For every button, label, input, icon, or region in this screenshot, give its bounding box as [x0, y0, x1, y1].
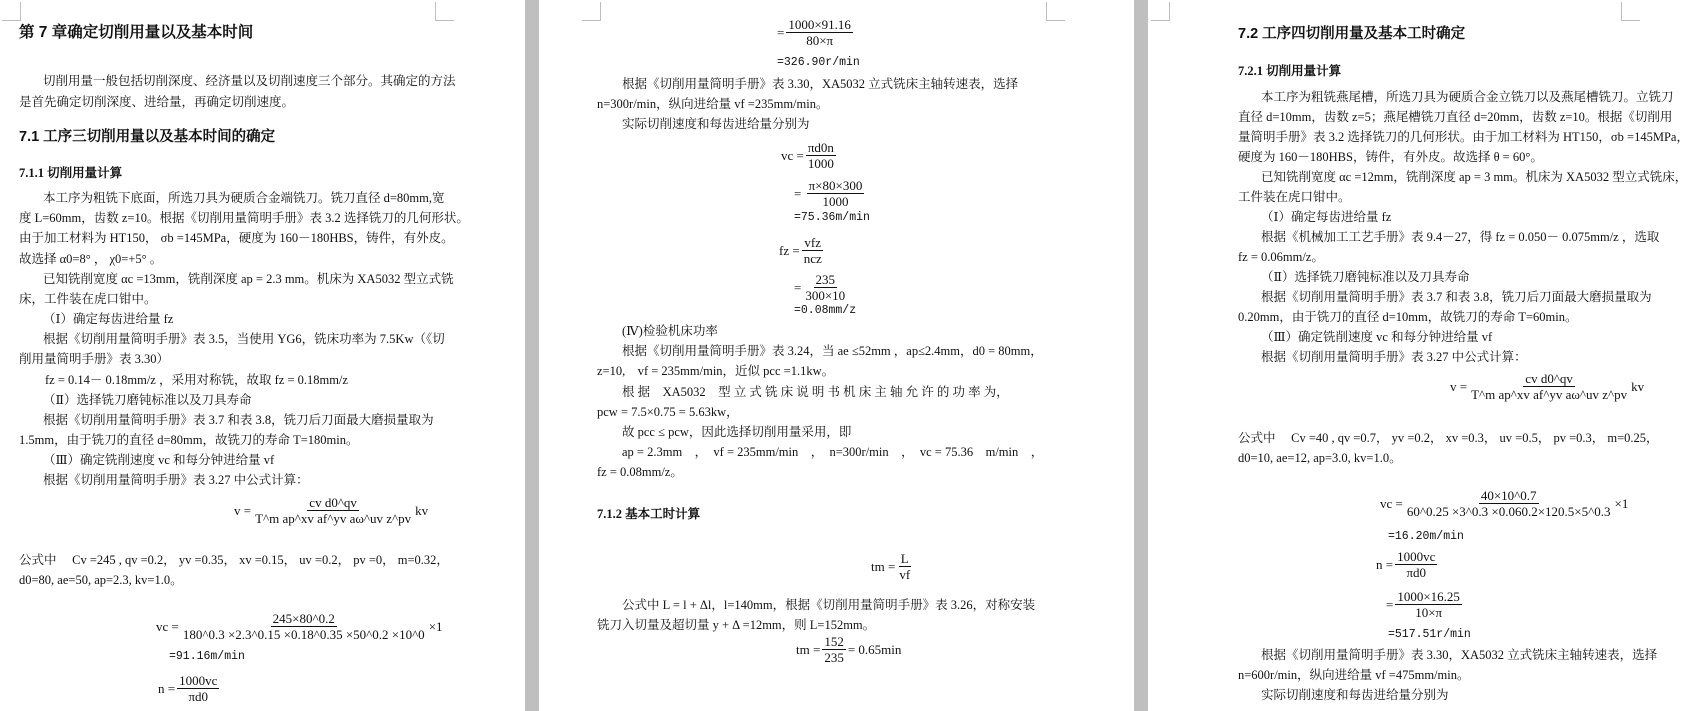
- paragraph-line: pcw = 7.5×0.75 = 5.63kw，: [597, 404, 739, 420]
- paragraph-line: 故 pcc ≤ pcw，因此选择切削用量采用，即: [622, 424, 851, 440]
- section-title: 7.2 工序四切削用量及基本工时确定: [1238, 26, 1465, 42]
- formula-n-substituted: = 1000×16.2510×π: [1386, 589, 1464, 620]
- paragraph-line: z=10, vf = 235mm/min，近似 pcc =1.1kw。: [597, 363, 834, 379]
- paragraph-line: 切削用量一般包括切削深度、经济量以及切削速度三个部分。其确定的方法: [43, 73, 456, 89]
- paragraph-line: 铣刀入切量及超切量 y + Δ =12mm，则 L=152mm。: [597, 617, 875, 633]
- result-n: =326.90r/min: [777, 55, 860, 71]
- page-corner-mark: [435, 2, 454, 21]
- paragraph-line: 根据《切削用量简明手册》表 3.27 中公式计算：: [1261, 349, 1527, 365]
- formula-v: v = cv d0^qvT^m ap^xv af^yv aω^uv z^pv k…: [234, 495, 428, 526]
- step-heading: （Ⅰ）确定每齿进给量 fz: [43, 311, 173, 327]
- step-heading: （Ⅲ）确定铣削速度 vc 和每分钟进给量 vf: [43, 452, 274, 468]
- subsection-title: 7.2.1 切削用量计算: [1238, 63, 1341, 79]
- page-corner-mark: [1621, 2, 1640, 21]
- paragraph-line: 公式中 L = l + Δl，l=140mm，根据《切削用量简明手册》表 3.2…: [622, 597, 1035, 613]
- formula-v: v = cv d0^qvT^m ap^xv af^yv aω^uv z^pv k…: [1450, 371, 1644, 402]
- formula-vc-substituted: = π×80×3001000: [794, 178, 866, 209]
- paragraph-line: 根据《切削用量简明手册》表 3.24，当 ae ≤52mm ，ap≤2.4mm，…: [622, 343, 1043, 359]
- paragraph-line: 度 L=60mm，齿数 z=10。根据《切削用量简明手册》表 3.2 选择铣刀的…: [19, 210, 469, 226]
- formula-vc: vc = πd0n1000: [781, 140, 838, 171]
- parameter-line: d0=10, ae=12, ap=3.0, kv=1.0。: [1238, 450, 1402, 466]
- paragraph-line: 本工序为粗铣下底面，所选刀具为硬质合金端铣刀。铣刀直径 d=80mm,宽: [43, 190, 445, 206]
- paragraph-line: 床，工件装在虎口钳中。: [19, 291, 157, 307]
- formula-vc: vc = 245×80^0.2180^0.3 ×2.3^0.15 ×0.18^0…: [156, 611, 443, 642]
- step-heading: （Ⅰ）确定每齿进给量 fz: [1261, 209, 1391, 225]
- step-heading: （Ⅱ）选择铣刀磨钝标准以及刀具寿命: [1261, 269, 1470, 285]
- paragraph-line: 根据《切削用量简明手册》表 3.7 和表 3.8，铣刀后刀面最大磨损量取为: [1261, 289, 1652, 305]
- result-fz: =0.08mm/z: [794, 303, 856, 319]
- paragraph-line: fz = 0.14－ 0.18mm/z ，采用对称铣，故取 fz = 0.18m…: [45, 372, 348, 388]
- step-heading: （Ⅲ）确定铣削速度 vc 和每分钟进给量 vf: [1261, 329, 1492, 345]
- parameter-line: 公式中 Cv =40 , qv =0.7， yv =0.2， xv =0.3， …: [1238, 430, 1659, 446]
- paragraph-line: 根据《切削用量简明手册》表 3.30，XA5032 立式铣床主轴转速表，选择: [1261, 647, 1657, 663]
- result-vc: =75.36m/min: [794, 210, 870, 226]
- paragraph-line: 由于加工材料为 HT150， σb =145MPa，硬度为 160－180HBS…: [19, 230, 454, 246]
- paragraph-line: 工件装在虎口钳中。: [1238, 189, 1351, 205]
- paragraph-line: n=600r/min，纵向进给量 vf =475mm/min。: [1238, 667, 1469, 683]
- paragraph-line: 已知铣削宽度 αc =12mm，铣削深度 ap = 3 mm。机床为 XA503…: [1261, 169, 1687, 185]
- paragraph-line: 量简明手册》表 3.2 选择铣刀的几何形状。由于加工材料为 HT150，σb =…: [1238, 129, 1689, 145]
- formula-n: n = 1000vcπd0: [158, 673, 221, 704]
- paragraph-line: 根据《切削用量简明手册》表 3.30，XA5032 立式铣床主轴转速表，选择: [622, 76, 1018, 92]
- paragraph-line: 是首先确定切削深度、进给量，再确定切削速度。: [19, 94, 294, 110]
- parameter-line: d0=80, ae=50, ap=2.3, kv=1.0。: [19, 572, 183, 588]
- paragraph-line: 故选择 α0=8° ， χ0=+5° 。: [19, 251, 162, 267]
- formula-n-substituted: = 1000×91.1680×π: [777, 17, 855, 48]
- paragraph-line: 削用量简明手册》表 3.30）: [19, 351, 169, 367]
- paragraph-line: 根据《切削用量简明手册》表 3.27 中公式计算：: [43, 472, 309, 488]
- formula-tm: tm = Lvf: [871, 551, 914, 582]
- paragraph-line: 硬度为 160－180HBS，铸件，有外皮。故选择 θ = 60°。: [1238, 149, 1543, 165]
- formula-fz-substituted: = 235300×10: [794, 272, 849, 303]
- section-title: 7.1 工序三切削用量以及基本时间的确定: [19, 129, 275, 145]
- chapter-title: 第 7 章确定切削用量以及基本时间: [19, 25, 253, 41]
- paragraph-line: fz = 0.06mm/z。: [1238, 249, 1324, 265]
- paragraph-line: ap = 2.3mm ， vf = 235mm/min ， n=300r/min…: [622, 444, 1043, 460]
- paragraph-line: 本工序为粗铣燕尾槽，所选刀具为硬质合金立铣刀以及燕尾槽铣刀。立铣刀: [1261, 89, 1674, 105]
- paragraph-line: 根 据 XA5032 型 立 式 铣 床 说 明 书 机 床 主 轴 允 许 的…: [622, 384, 1009, 400]
- formula-n: n = 1000vcπd0: [1376, 549, 1439, 580]
- paragraph-line: 直径 d=10mm，齿数 z=5；燕尾槽铣刀直径 d=20mm，齿数 z=10。…: [1238, 109, 1672, 125]
- page-corner-mark: [1151, 2, 1170, 21]
- document-page-3: 7.2 工序四切削用量及基本工时确定 7.2.1 切削用量计算 本工序为粗铣燕尾…: [1148, 0, 1693, 711]
- formula-tm-result: tm = 152235 = 0.65min: [796, 634, 901, 665]
- page-corner-mark: [582, 2, 601, 21]
- paragraph-line: 实际切削速度和每齿进给量分别为: [622, 116, 810, 132]
- paragraph-line: 根据《机械加工工艺手册》表 9.4－27，得 fz = 0.050－ 0.075…: [1261, 229, 1659, 245]
- paragraph-line: n=300r/min，纵向进给量 vf =235mm/min。: [597, 96, 828, 112]
- document-page-1: 第 7 章确定切削用量以及基本时间 切削用量一般包括切削深度、经济量以及切削速度…: [0, 0, 525, 711]
- paragraph-line: 已知铣削宽度 αc =13mm，铣削深度 ap = 2.3 mm。机床为 XA5…: [43, 271, 454, 287]
- result-vc: =16.20m/min: [1388, 529, 1464, 545]
- formula-fz: fz = vfzncz: [779, 235, 826, 266]
- formula-vc: vc = 40×10^0.760^0.25 ×3^0.3 ×0.060.2×12…: [1380, 488, 1628, 519]
- step-heading: （Ⅱ）选择铣刀磨钝标准以及刀具寿命: [43, 392, 252, 408]
- result-vc: =91.16m/min: [169, 649, 245, 665]
- step-heading: (Ⅳ)检验机床功率: [622, 323, 718, 339]
- subsection-title: 7.1.2 基本工时计算: [597, 506, 700, 522]
- subsection-title: 7.1.1 切削用量计算: [19, 165, 122, 181]
- page-corner-mark: [2, 2, 21, 21]
- paragraph-line: 实际切削速度和每齿进给量分别为: [1261, 687, 1449, 703]
- parameter-line: 公式中 Cv =245 , qv =0.2， yv =0.35， xv =0.1…: [19, 552, 449, 568]
- paragraph-line: fz = 0.08mm/z。: [597, 464, 683, 480]
- paragraph-line: 1.5mm，由于铣刀的直径 d=80mm，故铣刀的寿命 T=180min。: [19, 432, 358, 448]
- paragraph-line: 根据《切削用量简明手册》表 3.5，当使用 YG6，铣床功率为 7.5Kw（《切: [43, 331, 445, 347]
- result-n: =517.51r/min: [1388, 627, 1471, 643]
- page-corner-mark: [1046, 2, 1065, 21]
- paragraph-line: 根据《切削用量简明手册》表 3.7 和表 3.8，铣刀后刀面最大磨损量取为: [43, 412, 434, 428]
- document-page-2: = 1000×91.1680×π =326.90r/min 根据《切削用量简明手…: [539, 0, 1134, 711]
- paragraph-line: 0.20mm，由于铣刀的直径 d=10mm，故铣刀的寿命 T=60min。: [1238, 309, 1577, 325]
